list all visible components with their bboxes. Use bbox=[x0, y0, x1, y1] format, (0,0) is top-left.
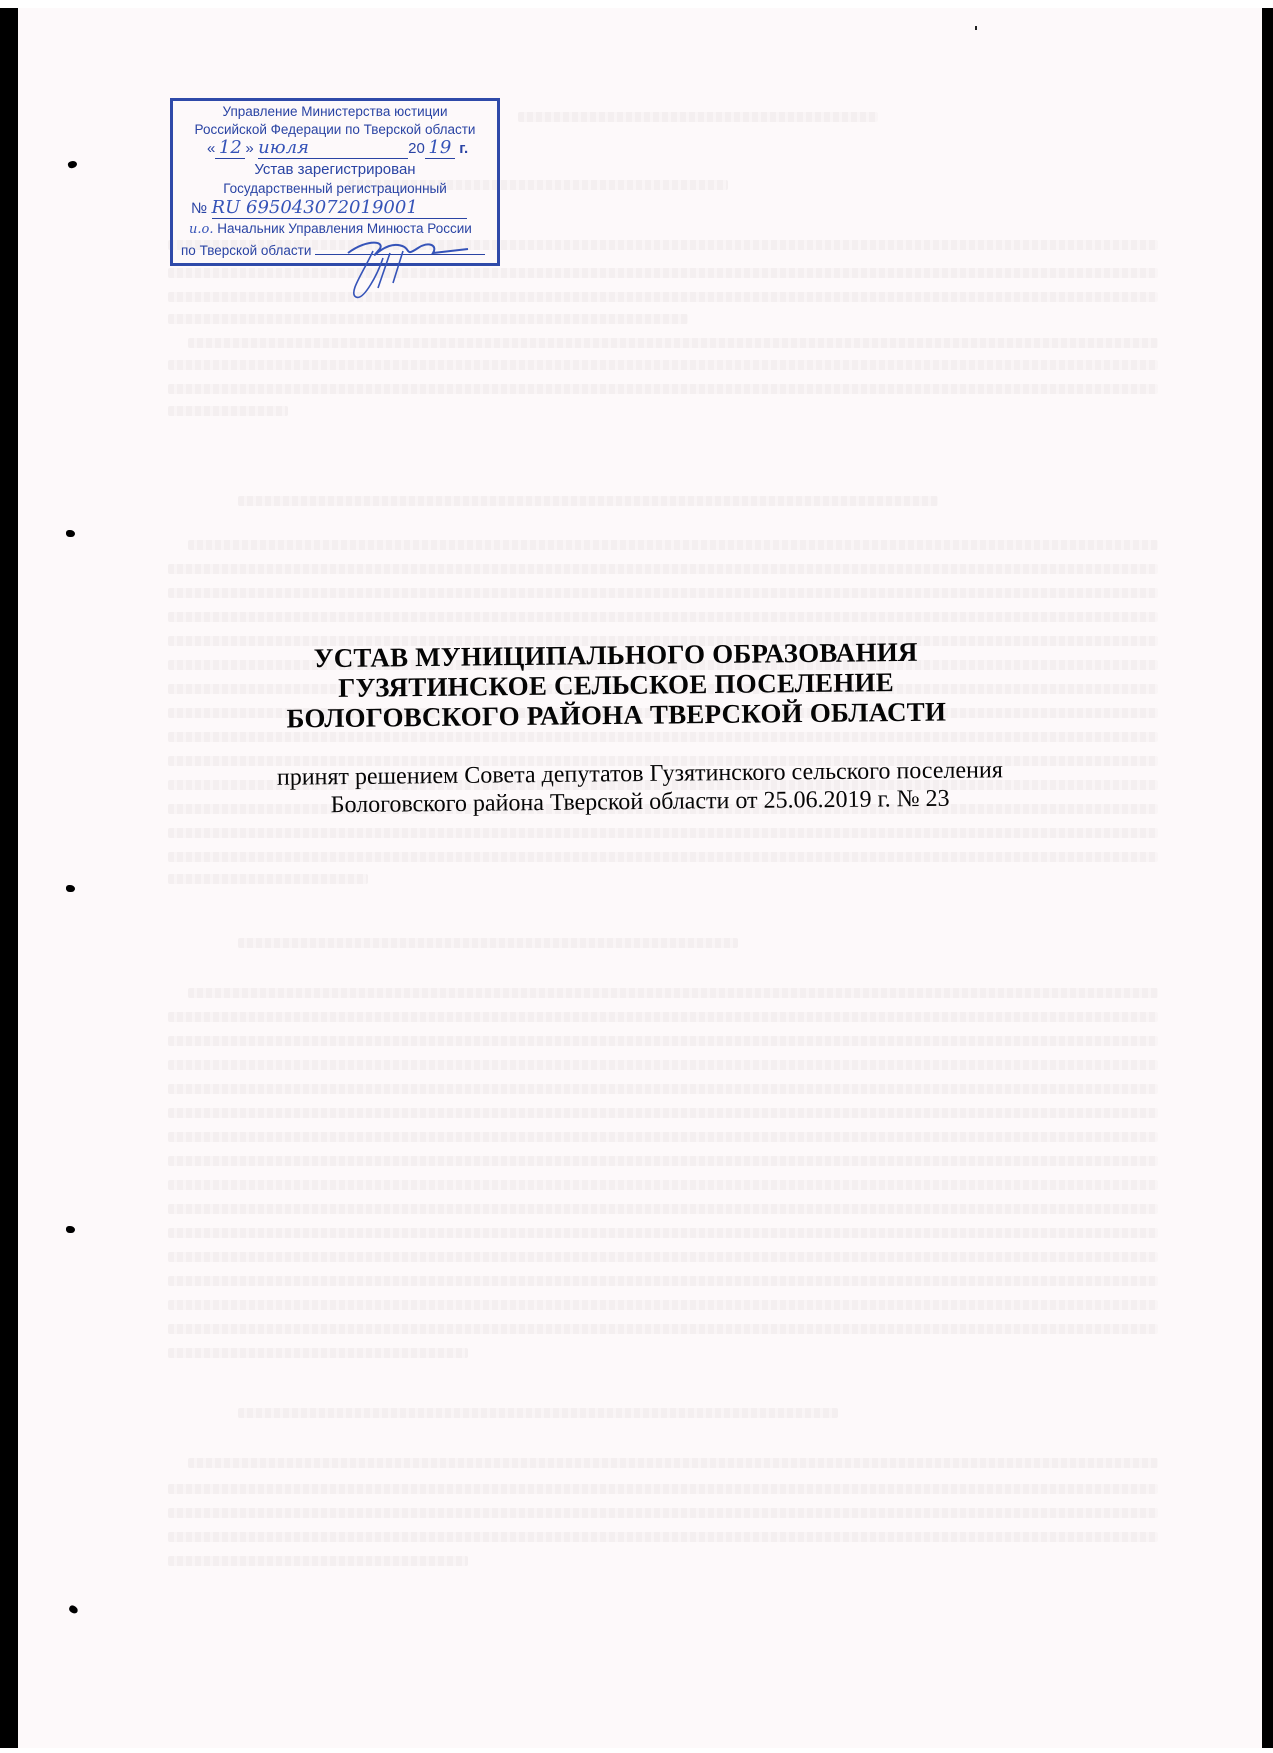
ghost-text-line bbox=[238, 1408, 838, 1418]
ghost-text-line bbox=[168, 1252, 1158, 1262]
ghost-text-line bbox=[168, 1508, 1158, 1518]
binding-mark bbox=[66, 1226, 75, 1233]
ghost-text-line bbox=[168, 268, 1158, 278]
ghost-text-line bbox=[168, 1300, 1158, 1310]
stamp-year-prefix: 20 bbox=[408, 140, 425, 157]
ghost-text-line bbox=[168, 1276, 1158, 1286]
ghost-text-line bbox=[168, 406, 288, 416]
ghost-text-line bbox=[188, 988, 1158, 998]
signature bbox=[328, 233, 478, 303]
ghost-text-line bbox=[168, 360, 1158, 370]
ghost-text-line bbox=[168, 732, 1158, 742]
ghost-text-line bbox=[168, 874, 368, 884]
stamp-date-day: 12 bbox=[215, 137, 245, 159]
ghost-text-line bbox=[168, 612, 1158, 622]
binding-mark bbox=[66, 530, 75, 537]
stamp-year-unit: г. bbox=[459, 140, 468, 157]
stamp-reg-number-label: Государственный регистрационный bbox=[173, 181, 497, 196]
ghost-text-line bbox=[168, 1012, 1158, 1022]
ghost-text-line bbox=[168, 564, 1158, 574]
stamp-year-suffix: 19 bbox=[425, 137, 455, 159]
binding-mark bbox=[67, 160, 78, 170]
stamp-date-month: июля bbox=[258, 137, 408, 159]
binding-mark bbox=[66, 885, 75, 892]
stamp-region-label: по Тверской области bbox=[181, 243, 311, 258]
stamp-registered-label: Устав зарегистрирован bbox=[173, 161, 497, 178]
ghost-text-line bbox=[168, 1348, 468, 1358]
ghost-text-line bbox=[238, 496, 938, 506]
scan-border-right bbox=[1262, 8, 1273, 1748]
ghost-text-line bbox=[168, 384, 1158, 394]
adoption-note: принят решением Совета депутатов Гузятин… bbox=[240, 756, 1041, 820]
ghost-text-line bbox=[168, 292, 1158, 302]
stamp-number-sign: № bbox=[191, 200, 207, 217]
ghost-text-line bbox=[168, 314, 688, 324]
ghost-text-line bbox=[168, 1204, 1158, 1214]
ghost-text-line bbox=[168, 1228, 1158, 1238]
stamp-number-row: № RU 695043072019001 bbox=[173, 197, 515, 219]
scan-border-left bbox=[0, 8, 18, 1748]
ghost-text-line bbox=[518, 112, 878, 122]
ghost-text-line bbox=[168, 1180, 1158, 1190]
stamp-acting-prefix: и.о. bbox=[189, 222, 213, 237]
ghost-text-line bbox=[188, 540, 1158, 550]
document-page: Управление Министерства юстиции Российск… bbox=[18, 8, 1262, 1748]
ghost-text-line bbox=[168, 1484, 1158, 1494]
ghost-text-line bbox=[168, 1108, 1158, 1118]
ghost-text-line bbox=[168, 1556, 468, 1566]
ghost-text-line bbox=[168, 1084, 1158, 1094]
stamp-ministry-line: Управление Министерства юстиции bbox=[173, 104, 497, 119]
ghost-text-line bbox=[168, 588, 1158, 598]
stamp-reg-number: RU 695043072019001 bbox=[212, 197, 467, 219]
ghost-text-line bbox=[238, 938, 738, 948]
ghost-text-line bbox=[188, 1458, 1158, 1468]
ghost-text-line bbox=[168, 1156, 1158, 1166]
ghost-text-line bbox=[168, 1060, 1158, 1070]
ghost-text-line bbox=[168, 1532, 1158, 1542]
ghost-text-line bbox=[168, 852, 1158, 862]
binding-mark bbox=[68, 1604, 79, 1614]
ghost-text-line bbox=[168, 1324, 1158, 1334]
ghost-text-line bbox=[168, 1132, 1158, 1142]
ghost-text-line bbox=[168, 1036, 1158, 1046]
speck bbox=[975, 26, 977, 30]
stamp-date-row: «12» июля2019 г. bbox=[173, 137, 531, 159]
charter-title: УСТАВ МУНИЦИПАЛЬНОГО ОБРАЗОВАНИЯ ГУЗЯТИН… bbox=[236, 636, 997, 734]
stamp-federation-line: Российской Федерации по Тверской области bbox=[173, 122, 497, 137]
ghost-text-line bbox=[168, 828, 1158, 838]
ghost-text-line bbox=[188, 338, 1158, 348]
